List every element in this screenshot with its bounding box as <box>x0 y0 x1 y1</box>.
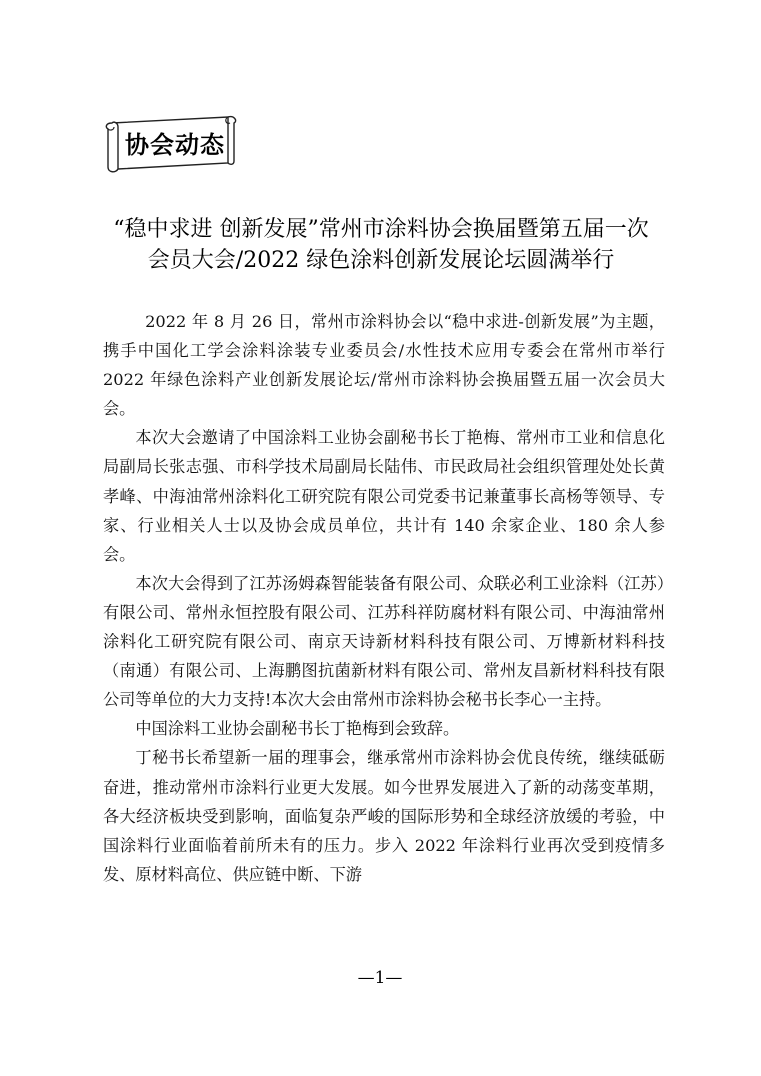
title-line: 会员大会/2022 绿色涂料创新发展论坛圆满举行 <box>90 245 672 276</box>
page-number: —1— <box>330 968 430 988</box>
paragraph: 2022 年 8 月 26 日，常州市涂料协会以“稳中求进-创新发展”为主题，携… <box>103 307 665 423</box>
paragraph: 丁秘书长希望新一届的理事会，继承常州市涂料协会优良传统，继续砥砺奋进，推动常州市… <box>103 743 665 888</box>
paragraph: 中国涂料工业协会副秘书长丁艳梅到会致辞。 <box>103 714 665 743</box>
section-label: 协会动态 <box>120 125 230 165</box>
section-banner: 协会动态 <box>100 113 240 175</box>
document-page: 协会动态 “稳中求进 创新发展”常州市涂料协会换届暨第五届一次 会员大会/202… <box>0 0 761 1076</box>
paragraph: 本次大会得到了江苏汤姆森智能装备有限公司、众联必利工业涂料（江苏）有限公司、常州… <box>103 569 665 714</box>
paragraph: 本次大会邀请了中国涂料工业协会副秘书长丁艳梅、常州市工业和信息化局副局长张志强、… <box>103 423 665 568</box>
article-body: 2022 年 8 月 26 日，常州市涂料协会以“稳中求进-创新发展”为主题，携… <box>103 307 665 889</box>
article-title: “稳中求进 创新发展”常州市涂料协会换届暨第五届一次 会员大会/2022 绿色涂… <box>90 214 672 276</box>
title-line: “稳中求进 创新发展”常州市涂料协会换届暨第五届一次 <box>90 214 672 245</box>
